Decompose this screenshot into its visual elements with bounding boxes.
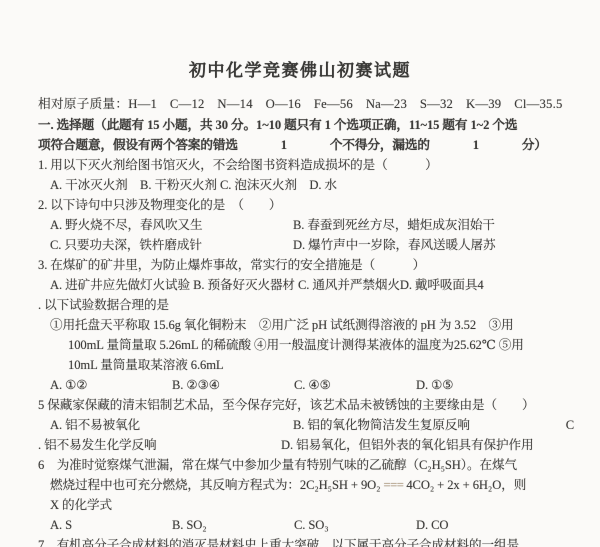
line-segment: === — [383, 478, 403, 492]
q4-options: A. ①②B. ②③④C. ④⑤D. ①⑤ — [38, 375, 574, 395]
q7-text: 7 有机高分子合成材料的消灭是材料史上重大突破，以下属于高分子合成材料的一组是 — [38, 535, 574, 547]
q1-options: A. 干冰灭火剂 B. 干粉灭火剂 C. 泡沫灭火剂 D. 水 — [38, 175, 574, 195]
line-segment: 分） — [522, 138, 547, 152]
page-title: 初中化学竞赛佛山初赛试题 — [0, 56, 600, 81]
q5-options-cd: . 铝不易发生化学反响D. 铝易氧化，但铝外表的氧化铝具有保护作用 — [38, 435, 574, 455]
line-segment: 100mL 量筒量取 5.26mL 的稀硫酸 ④用一般温度计测得某液体的温度为2… — [68, 338, 524, 352]
line-segment: D. CO — [416, 518, 448, 532]
line-segment: . 以下试验数据合理的是 — [38, 298, 169, 312]
q2-text: 2. 以下诗句中只涉及物理变化的是 （ ） — [38, 195, 574, 215]
line-segment: B. 春蚕到死丝方尽，蜡炬成灰泪始干 — [293, 218, 495, 232]
q2-options-ab: A. 野火烧不尽，春风吹又生B. 春蚕到死丝方尽，蜡炬成灰泪始干 — [38, 215, 574, 235]
line-segment: B. 铝的氧化物简洁发生复原反响 — [293, 418, 470, 432]
line-segment: A. 铝不易被氧化 — [50, 415, 293, 435]
line-segment: 5 保藏家保藏的清末铝制艺术品，至今保存完好，该艺术品未被锈蚀的主要缘由是（ ） — [38, 398, 535, 412]
section-heading-line1: 一. 选择题（此题有 15 小题，共 30 分。1~10 题只有 1 个选项正确… — [38, 115, 574, 135]
line-segment: 项符合题意，假设有两个答案的错选 — [38, 138, 238, 152]
q6-text-2: 燃烧过程中也可充分燃烧，其反响方程式为：2C₂H₅SH + 9O₂ === 4C… — [38, 475, 574, 495]
line-segment: 6 为准时觉察煤气泄漏，常在煤气中参加少量有特别气味的乙硫醇（C₂H₅SH）。在… — [38, 458, 517, 472]
line-segment: 1. 用以下灭火剂给图书馆灭火，不会给图书资料造成损坏的是（ ） — [38, 158, 438, 172]
line-segment: A. 野火烧不尽，春风吹又生 — [50, 215, 293, 235]
line-segment: B. SO₂ — [172, 515, 294, 535]
q4-data-1: ①用托盘天平称取 15.6g 氧化铜粉末 ②用广泛 pH 试纸测得溶液的 pH … — [38, 315, 574, 335]
q6-text-1: 6 为准时觉察煤气泄漏，常在煤气中参加少量有特别气味的乙硫醇（C₂H₅SH）。在… — [38, 455, 574, 475]
q3-text: 3. 在煤矿的矿井里，为防止爆炸事故，常实行的安全措施是（ ） — [38, 255, 574, 275]
q6-text-3: X 的化学式 — [38, 495, 574, 515]
line-segment: A. 进矿井应先做灯火试验 B. 预备好灭火器材 C. 通风并严禁烟火D. 戴呼… — [50, 278, 484, 292]
q4-data-2: 100mL 量筒量取 5.26mL 的稀硫酸 ④用一般温度计测得某液体的温度为2… — [38, 335, 574, 355]
line-segment: 一. 选择题（此题有 15 小题，共 30 分。1~10 题只有 1 个选项正确… — [38, 118, 517, 132]
line-segment: 2. 以下诗句中只涉及物理变化的是 （ ） — [38, 198, 281, 212]
q3-options: A. 进矿井应先做灯火试验 B. 预备好灭火器材 C. 通风并严禁烟火D. 戴呼… — [38, 275, 574, 295]
line-segment: A. S — [50, 515, 172, 535]
q4-text: . 以下试验数据合理的是 — [38, 295, 574, 315]
atomic-masses-line: 相对原子质量：H—1 C—12 N—14 O—16 Fe—56 Na—23 S—… — [38, 94, 574, 115]
doc-lines: 一. 选择题（此题有 15 小题，共 30 分。1~10 题只有 1 个选项正确… — [38, 115, 574, 547]
line-segment: 燃烧过程中也可充分燃烧，其反响方程式为：2C₂H₅SH + 9O₂ — [50, 478, 383, 492]
line-segment: C. ④⑤ — [294, 375, 416, 395]
q2-options-cd: C. 只要功夫深，铁杵磨成针D. 爆竹声中一岁除，春风送暖人屠苏 — [38, 235, 574, 255]
line-segment: . 铝不易发生化学反响 — [38, 435, 281, 455]
line-segment: 4CO₂ + 2x + 6H₂O，则 — [403, 478, 526, 492]
line-segment: 1 — [238, 135, 330, 155]
q4-data-3: 10mL 量筒量取某溶液 6.6mL — [38, 355, 574, 375]
line-segment: 3. 在煤矿的矿井里，为防止爆炸事故，常实行的安全措施是（ ） — [38, 258, 425, 272]
line-segment: D. 铝易氧化，但铝外表的氧化铝具有保护作用 — [281, 438, 533, 452]
line-segment: 10mL 量筒量取某溶液 6.6mL — [68, 358, 224, 372]
section-heading-line2: 项符合题意，假设有两个答案的错选1个不得分，漏选的1分） — [38, 135, 574, 155]
line-segment: C — [566, 415, 574, 435]
line-segment: C. SO₃ — [294, 515, 416, 535]
line-segment: C. 只要功夫深，铁杵磨成针 — [50, 235, 293, 255]
line-segment: D. ①⑤ — [416, 378, 453, 392]
q1-text: 1. 用以下灭火剂给图书馆灭火，不会给图书资料造成损坏的是（ ） — [38, 155, 574, 175]
line-segment: D. 爆竹声中一岁除，春风送暖人屠苏 — [293, 238, 496, 252]
line-segment: X 的化学式 — [50, 498, 112, 512]
q5-options-ab: A. 铝不易被氧化B. 铝的氧化物简洁发生复原反响C — [38, 415, 574, 435]
line-segment: B. ②③④ — [172, 375, 294, 395]
line-segment: ①用托盘天平称取 15.6g 氧化铜粉末 ②用广泛 pH 试纸测得溶液的 pH … — [50, 318, 514, 332]
document-page: 初中化学竞赛佛山初赛试题 相对原子质量：H—1 C—12 N—14 O—16 F… — [0, 0, 600, 547]
line-segment: A. ①② — [50, 375, 172, 395]
line-segment: 个不得分，漏选的 — [330, 138, 430, 152]
q6-options: A. SB. SO₂C. SO₃D. CO — [38, 515, 574, 535]
document-content: 相对原子质量：H—1 C—12 N—14 O—16 Fe—56 Na—23 S—… — [38, 94, 574, 547]
line-segment: A. 干冰灭火剂 B. 干粉灭火剂 C. 泡沫灭火剂 D. 水 — [50, 178, 337, 192]
q5-text: 5 保藏家保藏的清末铝制艺术品，至今保存完好，该艺术品未被锈蚀的主要缘由是（ ） — [38, 395, 574, 415]
line-segment: 7 有机高分子合成材料的消灭是材料史上重大突破，以下属于高分子合成材料的一组是 — [38, 538, 519, 547]
line-segment: 1 — [430, 135, 522, 155]
